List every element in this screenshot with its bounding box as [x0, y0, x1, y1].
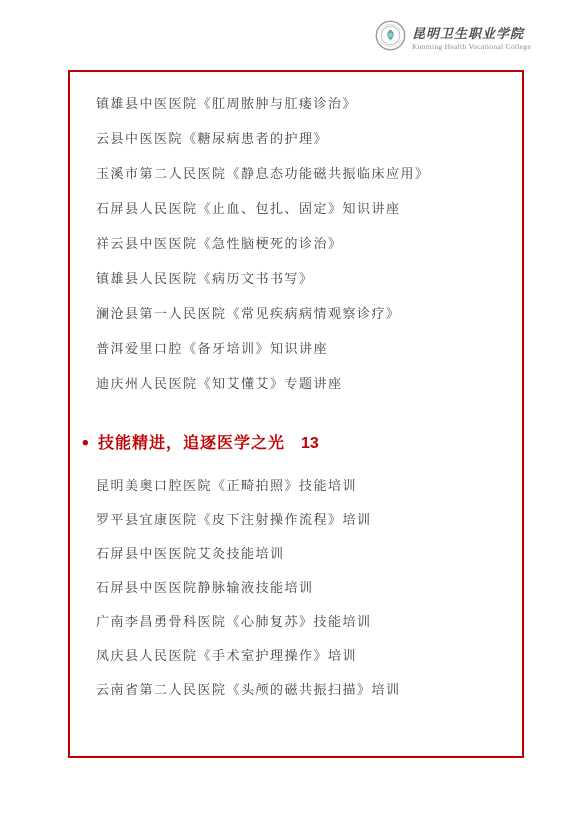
toc-entry: 镇雄县人民医院《病历文书书写》	[96, 261, 512, 296]
page: { "colors": { "accent_red": "#bf0000", "…	[0, 0, 582, 832]
toc-section-heading: • 技能精进，追逐医学之光 13	[90, 427, 512, 461]
college-name-english: Kunming Health Vocational College	[412, 42, 531, 52]
college-seal-icon	[375, 20, 406, 56]
toc-entry: 迪庆州人民医院《知艾懂艾》专题讲座	[96, 366, 512, 401]
toc-list-bottom: 昆明美奥口腔医院《正畸拍照》技能培训 罗平县宜康医院《皮下注射操作流程》培训 石…	[96, 469, 512, 707]
college-logo: 昆明卫生职业学院 Kunming Health Vocational Colle…	[375, 20, 531, 56]
toc-content: 镇雄县中医医院《肛周脓肿与肛瘘诊治》 云县中医医院《糖尿病患者的护理》 玉溪市第…	[70, 72, 522, 707]
toc-entry: 玉溪市第二人民医院《静息态功能磁共振临床应用》	[96, 156, 512, 191]
toc-entry: 石屏县人民医院《止血、包扎、固定》知识讲座	[96, 191, 512, 226]
college-name-chinese: 昆明卫生职业学院	[412, 25, 531, 42]
toc-entry: 普洱爱里口腔《备牙培训》知识讲座	[96, 331, 512, 366]
toc-border-box: 镇雄县中医医院《肛周脓肿与肛瘘诊治》 云县中医医院《糖尿病患者的护理》 玉溪市第…	[68, 70, 524, 758]
toc-entry: 广南李昌勇骨科医院《心肺复苏》技能培训	[96, 605, 512, 639]
section-title: 技能精进，追逐医学之光	[98, 427, 285, 461]
section-page-number: 13	[301, 427, 319, 461]
toc-entry: 镇雄县中医医院《肛周脓肿与肛瘘诊治》	[96, 86, 512, 121]
toc-entry: 昆明美奥口腔医院《正畸拍照》技能培训	[96, 469, 512, 503]
toc-entry: 云南省第二人民医院《头颅的磁共振扫描》培训	[96, 673, 512, 707]
toc-entry: 祥云县中医医院《急性脑梗死的诊治》	[96, 226, 512, 261]
toc-entry: 凤庆县人民医院《手术室护理操作》培训	[96, 639, 512, 673]
toc-entry: 澜沧县第一人民医院《常见疾病病情观察诊疗》	[96, 296, 512, 331]
toc-entry: 罗平县宜康医院《皮下注射操作流程》培训	[96, 503, 512, 537]
college-name: 昆明卫生职业学院 Kunming Health Vocational Colle…	[412, 25, 531, 52]
toc-entry: 云县中医医院《糖尿病患者的护理》	[96, 121, 512, 156]
toc-entry: 石屏县中医医院艾灸技能培训	[96, 537, 512, 571]
toc-entry: 石屏县中医医院静脉输液技能培训	[96, 571, 512, 605]
bullet-icon: •	[82, 427, 98, 461]
